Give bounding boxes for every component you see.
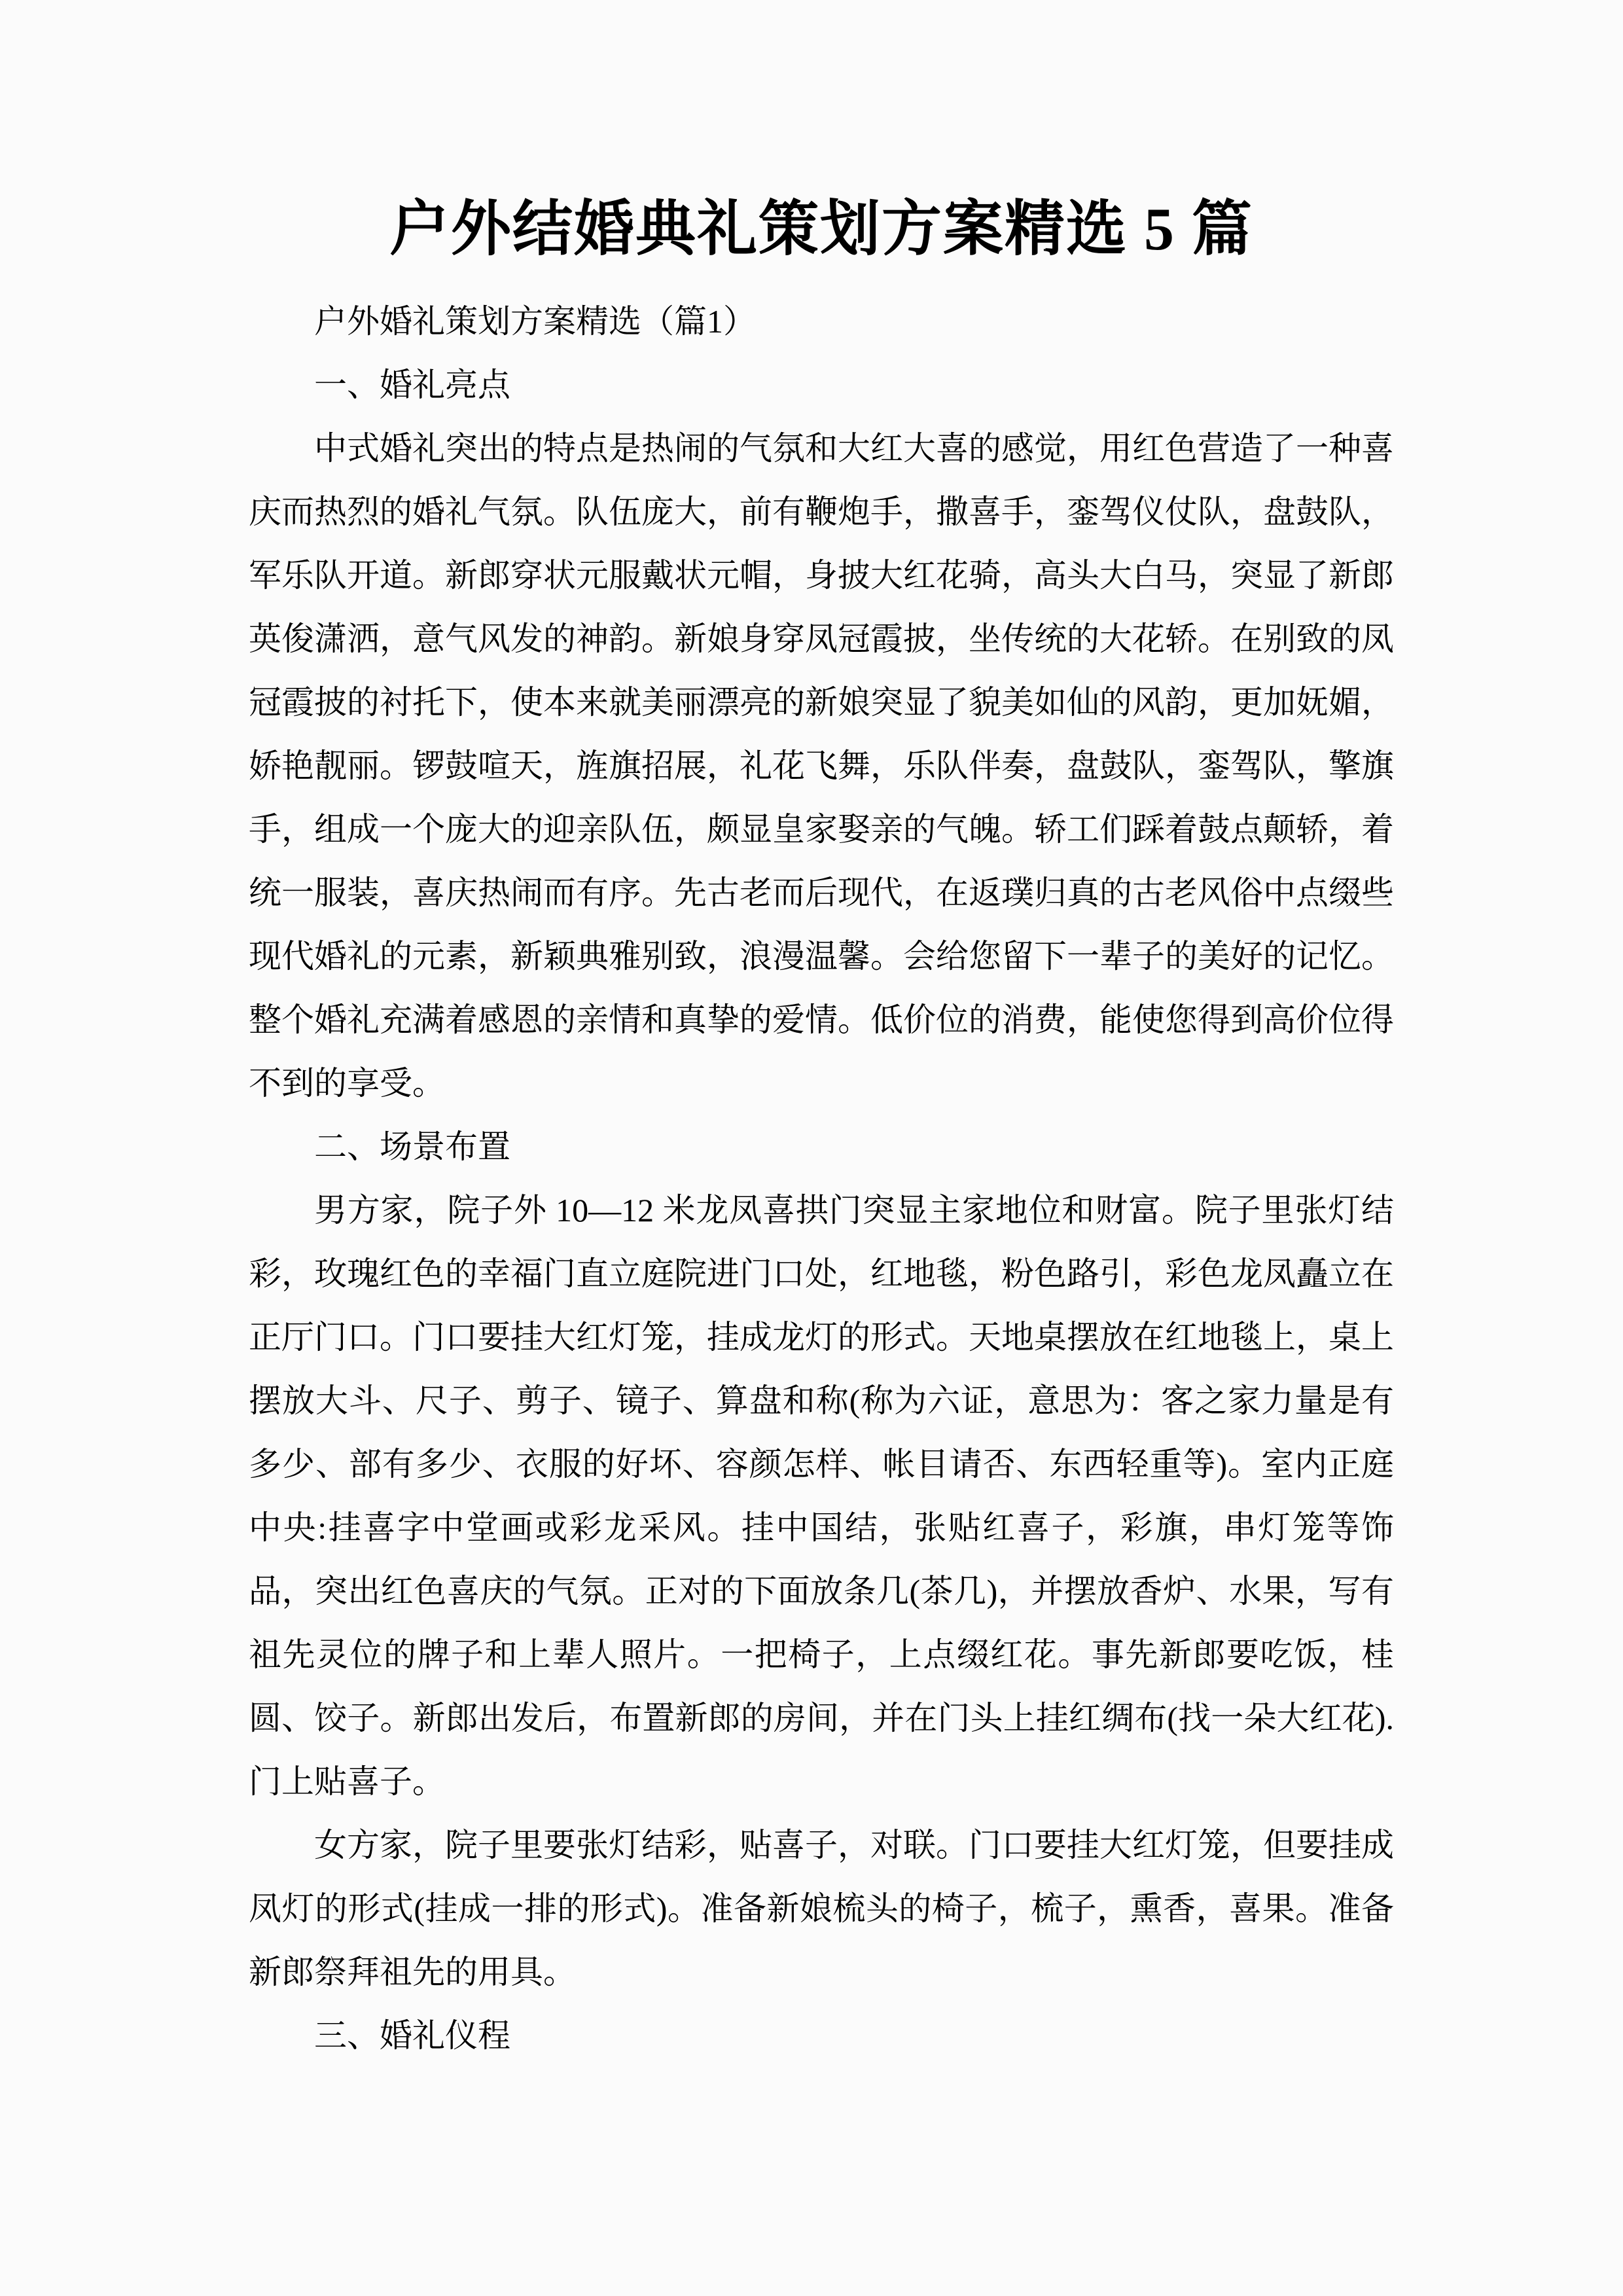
section-heading-1: 一、婚礼亮点 bbox=[249, 353, 1394, 417]
body-paragraph-1: 中式婚礼突出的特点是热闹的气氛和大红大喜的感觉，用红色营造了一种喜庆而热烈的婚礼… bbox=[249, 417, 1394, 1115]
document-content: 户外结婚典礼策划方案精选 5 篇 户外婚礼策划方案精选（篇1） 一、婚礼亮点 中… bbox=[0, 0, 1623, 2068]
section-heading-2: 二、场景布置 bbox=[249, 1115, 1394, 1179]
document-page: 户外结婚典礼策划方案精选 5 篇 户外婚礼策划方案精选（篇1） 一、婚礼亮点 中… bbox=[0, 0, 1623, 2296]
document-title: 户外结婚典礼策划方案精选 5 篇 bbox=[249, 177, 1394, 281]
intro-paragraph: 户外婚礼策划方案精选（篇1） bbox=[249, 290, 1394, 353]
section-heading-3: 三、婚礼仪程 bbox=[249, 2004, 1394, 2068]
body-paragraph-2: 男方家，院子外 10—12 米龙凤喜拱门突显主家地位和财富。院子里张灯结彩，玫瑰… bbox=[249, 1179, 1394, 1814]
body-paragraph-3: 女方家，院子里要张灯结彩，贴喜子，对联。门口要挂大红灯笼，但要挂成凤灯的形式(挂… bbox=[249, 1814, 1394, 2004]
